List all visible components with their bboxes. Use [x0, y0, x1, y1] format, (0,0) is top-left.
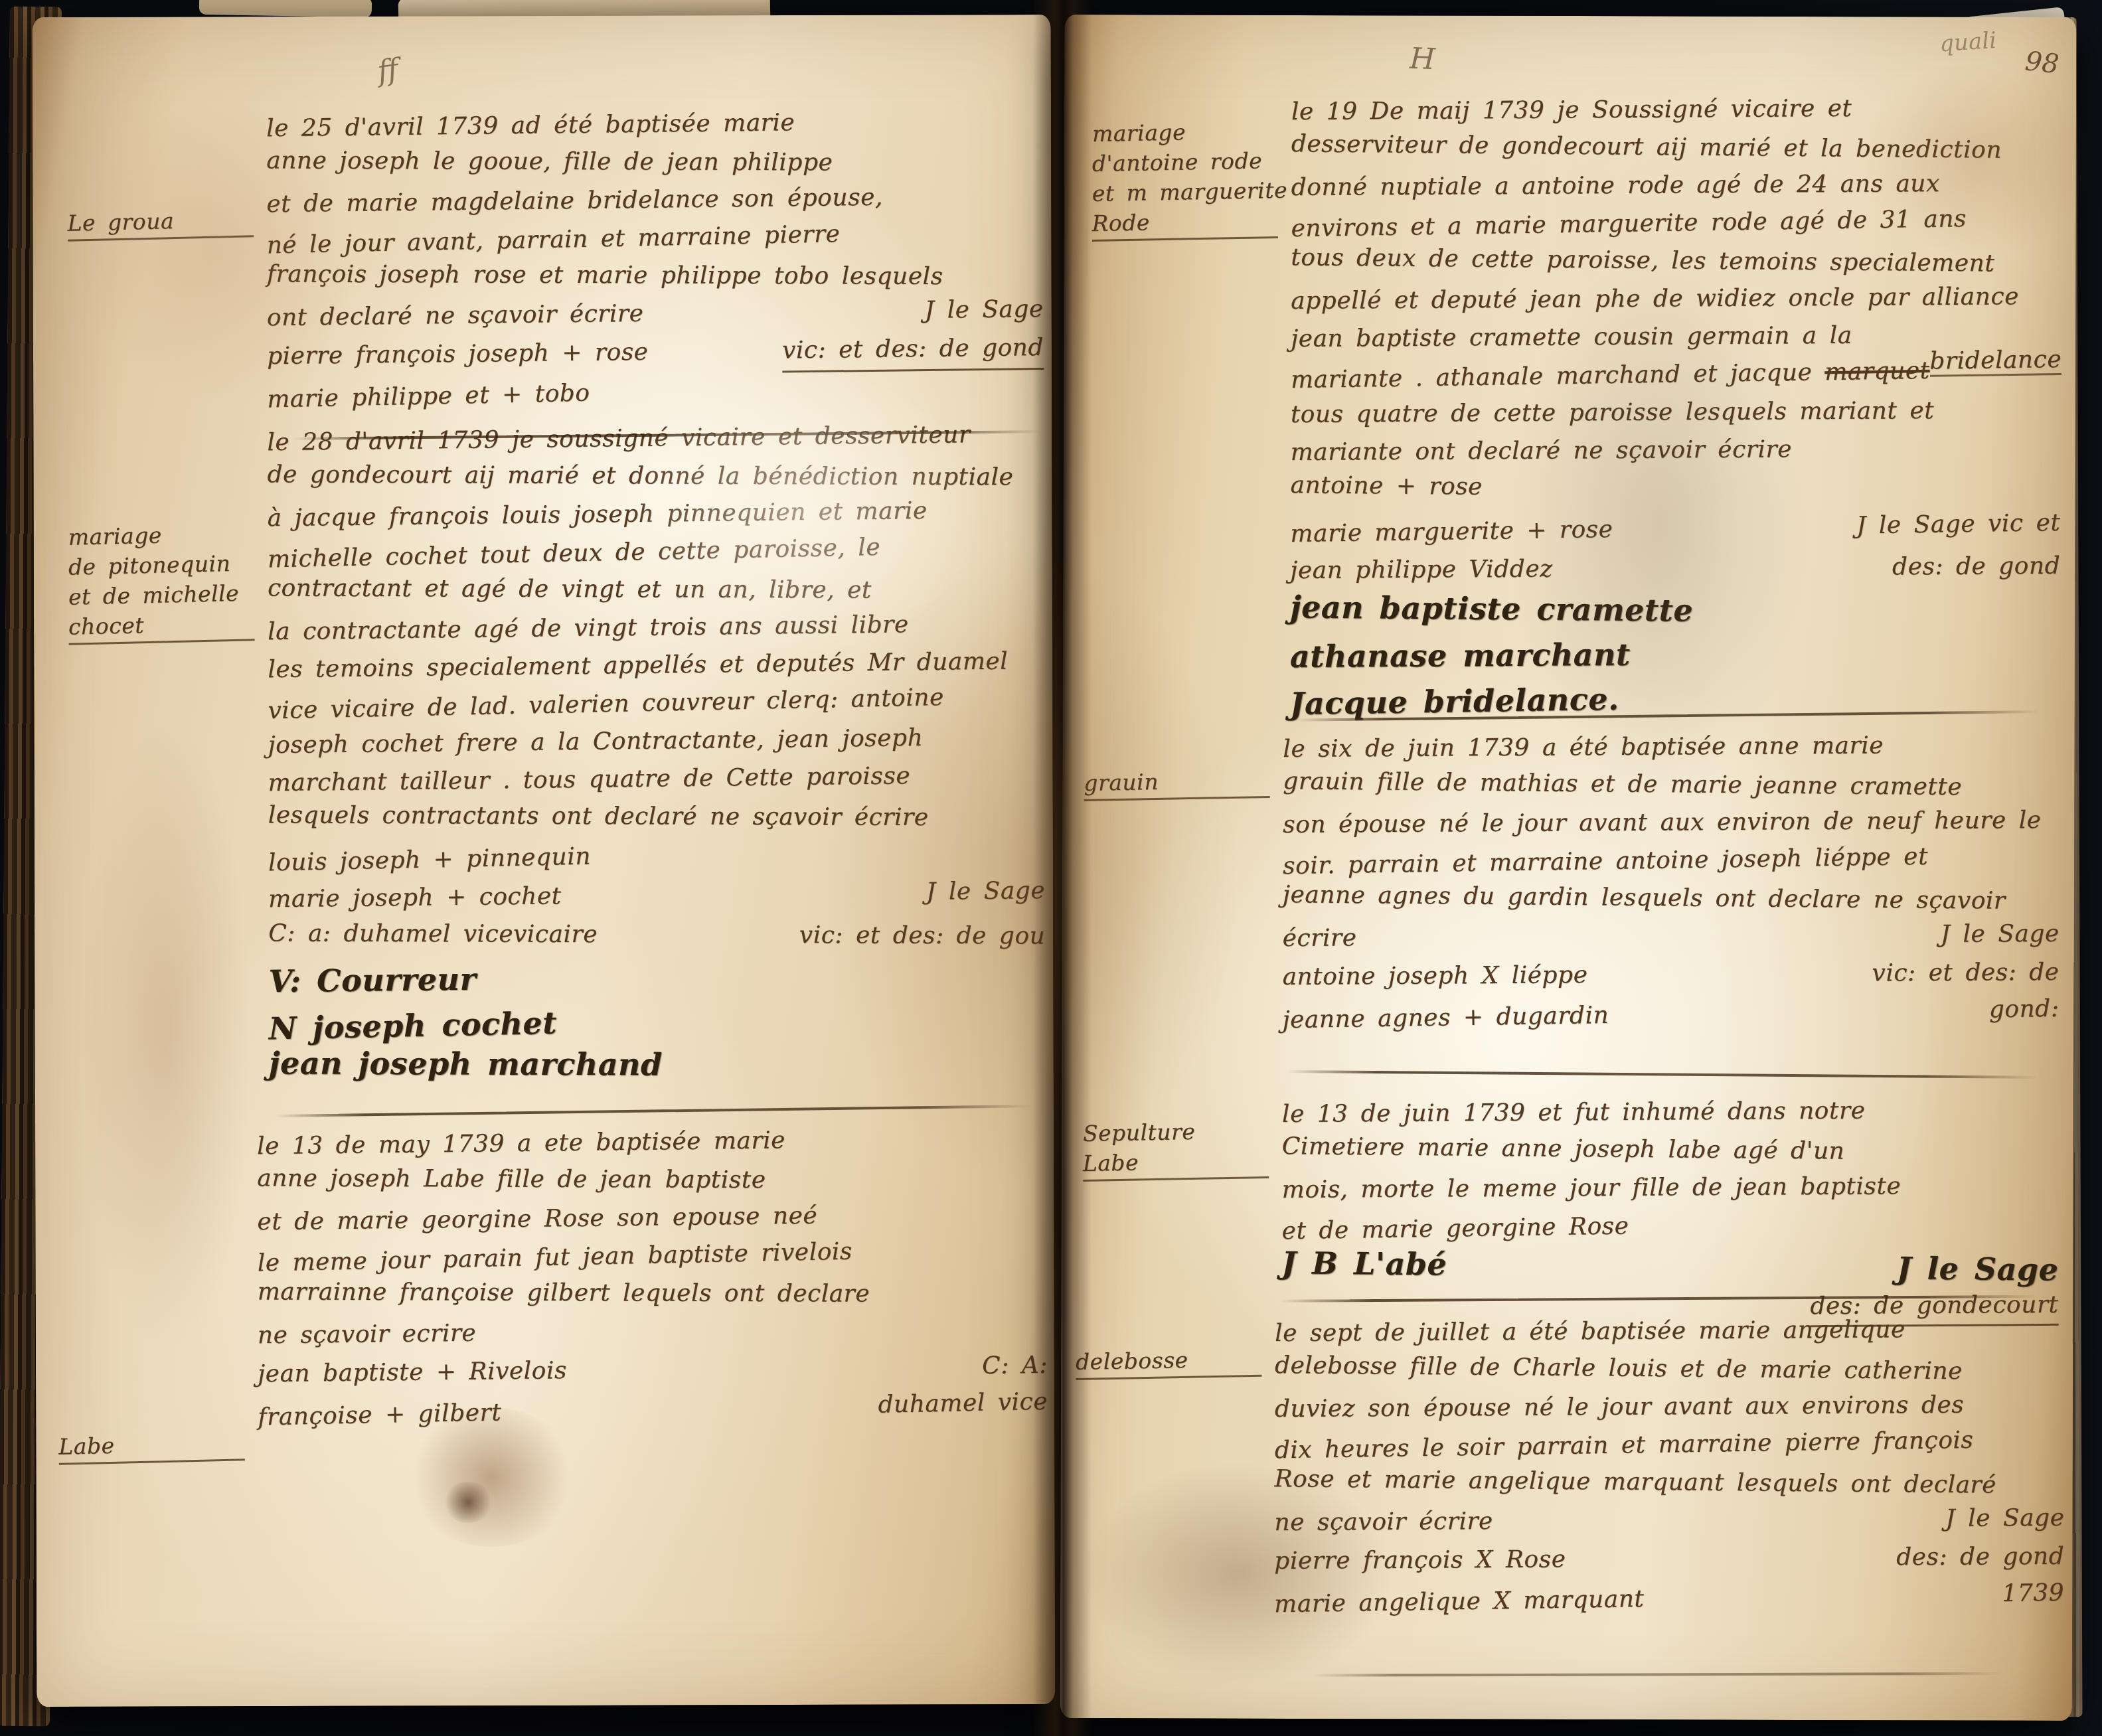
- manuscript-text: marie philippe et + tobo: [267, 380, 590, 414]
- manuscript-text: jean baptiste cramette cousin germain a …: [1291, 322, 1852, 353]
- manuscript-text: son épouse né le jour avant aux environ …: [1283, 807, 2042, 838]
- manuscript-text: anne joseph le gooue, fille de jean phil…: [266, 147, 833, 176]
- manuscript-line: de gondecourt aij marié et donné la béné…: [267, 455, 1050, 496]
- right-page-entries: mariaged'antoine rodeet m margueriteRode…: [1060, 15, 2077, 1721]
- register-entry: mariagede pitonequinet de michellechocet…: [267, 418, 1052, 1087]
- officiant-signature-text: vic: et des: de: [1872, 953, 2059, 994]
- officiant-signature-text: des: de gond: [1892, 546, 2061, 588]
- interlinear-correction: bridelance: [1929, 346, 2062, 377]
- manuscript-text: Rose et marie angelique marquant lesquel…: [1274, 1465, 1996, 1498]
- manuscript-text: Cimetiere marie anne joseph labe agé d'u…: [1282, 1133, 1845, 1164]
- manuscript-line: marie angelique X marquant1739: [1274, 1573, 2071, 1625]
- manuscript-text: ne sçavoir écrire: [1274, 1508, 1493, 1536]
- manuscript-line: marie joseph + cochetJ le Sage: [268, 871, 1052, 919]
- manuscript-text: le 13 de juin 1739 et fut inhumé dans no…: [1282, 1097, 1866, 1128]
- manuscript-line: appellé et deputé jean phe de widiez onc…: [1291, 277, 2067, 320]
- manuscript-text: ont declaré ne sçavoir écrire: [267, 300, 644, 331]
- manuscript-line: jean philippe Viddezdes: de gond: [1290, 546, 2067, 591]
- manuscript-line: le six de juin 1739 a été baptisée anne …: [1283, 726, 2066, 768]
- register-entry: Labele 13 de may 1739 a ete baptisée mar…: [257, 1122, 1054, 1431]
- manuscript-text: et de marie magdelaine bridelance son ép…: [266, 184, 883, 218]
- manuscript-line: tous deux de cette paroisse, les temoins…: [1291, 238, 2067, 283]
- manuscript-text: environs et a marie marguerite rode agé …: [1291, 205, 1967, 242]
- manuscript-text: appellé et deputé jean phe de widiez onc…: [1291, 283, 2019, 315]
- manuscript-text: grauin fille de mathias et de marie jean…: [1283, 767, 1962, 801]
- manuscript-text: marie angelique X marquant: [1274, 1585, 1645, 1618]
- manuscript-text: antoine + rose: [1290, 471, 1483, 501]
- manuscript-line: Cimetiere marie anne joseph labe agé d'u…: [1282, 1127, 2065, 1172]
- margin-note-line: delebosse: [1076, 1344, 1262, 1380]
- manuscript-line: françois joseph rose et marie philippe t…: [267, 255, 1050, 295]
- margin-note-line: Le groua: [67, 204, 254, 242]
- manuscript-text: marchant tailleur . tous quatre de Cette…: [268, 762, 910, 797]
- manuscript-text: la contractante agé de vingt trois ans a…: [268, 611, 909, 645]
- manuscript-text: dix heures le soir parrain et marraine p…: [1274, 1427, 1973, 1464]
- manuscript-text: mois, morte le meme jour fille de jean b…: [1282, 1172, 1901, 1204]
- manuscript-line: anne joseph Labe fille de jean baptiste: [257, 1159, 1054, 1200]
- manuscript-text: pierre françois joseph + rose: [267, 339, 649, 370]
- signature-line: J B L'abéJ le Sage: [1281, 1241, 2065, 1291]
- margin-note-line: Labe: [1082, 1145, 1269, 1182]
- manuscript-line: le 13 de may 1739 a ete baptisée marie: [257, 1119, 1054, 1166]
- officiant-signature-text: vic: et des: de gou: [799, 915, 1046, 956]
- register-entry: SepultureLabele 13 de juin 1739 et fut i…: [1281, 1092, 2065, 1289]
- manuscript-text: jean joseph marchand: [269, 1045, 663, 1082]
- margin-note-line: Labe: [58, 1427, 245, 1465]
- manuscript-text: marie marguerite + rose: [1290, 516, 1613, 548]
- manuscript-line: anne joseph le gooue, fille de jean phil…: [266, 141, 1050, 182]
- manuscript-line: mariante ont declaré ne sçavoir écrire: [1290, 429, 2067, 471]
- manuscript-line: Rose et marie angelique marquant lesquel…: [1274, 1460, 2071, 1504]
- manuscript-text: jean baptiste + Rivelois: [258, 1357, 567, 1387]
- manuscript-line: C: a: duhamel vicevicairevic: et des: de…: [268, 913, 1052, 956]
- manuscript-text: françois joseph rose et marie philippe t…: [267, 260, 943, 290]
- register-entry: delebossele sept de juillet a été baptis…: [1274, 1311, 2071, 1620]
- manuscript-text: jean baptiste cramette: [1290, 589, 1694, 628]
- manuscript-text: michelle cochet tout deux de cette paroi…: [267, 534, 880, 574]
- officiant-signature-text: gond:: [1988, 989, 2059, 1030]
- officiant-signature-text: duhamel vice: [878, 1382, 1048, 1425]
- manuscript-text: tous deux de cette paroisse, les temoins…: [1291, 244, 1994, 277]
- officiant-signature-text: J le Sage: [1940, 915, 2059, 953]
- margin-note: mariagede pitonequinet de michellechocet: [68, 520, 254, 643]
- manuscript-text: de gondecourt aij marié et donné la béné…: [267, 461, 1013, 491]
- torn-page-scrap: [199, 0, 372, 17]
- manuscript-text: antoine joseph X liéppe: [1282, 961, 1587, 990]
- left-page-entries: Le grouale 25 d'avril 1739 ad été baptis…: [33, 15, 1056, 1707]
- manuscript-line: delebosse fille de Charle louis et de ma…: [1275, 1346, 2071, 1391]
- manuscript-text: contractant et agé de vingt et un an, li…: [268, 574, 872, 603]
- manuscript-text: le 13 de may 1739 a ete baptisée marie: [257, 1127, 785, 1160]
- manuscript-text: soir. parrain et marraine antoine joseph…: [1283, 843, 1928, 880]
- right-page: H quali 98 mariaged'antoine rodeet m mar…: [1060, 15, 2077, 1721]
- margin-note-line: d'antoine rode: [1091, 145, 1278, 179]
- officiant-signature-text: des: de gond: [1896, 1537, 2065, 1578]
- manuscript-text: marrainne françoise gilbert lequels ont …: [258, 1278, 870, 1307]
- register-entry: grauinle six de juin 1739 a été baptisée…: [1282, 727, 2066, 1036]
- manuscript-text: françoise + gilbert: [258, 1399, 502, 1431]
- margin-note: Labe: [58, 1429, 244, 1463]
- manuscript-text: le meme jour parain fut jean baptiste ri…: [257, 1238, 852, 1277]
- manuscript-text: et de marie georgine Rose: [1281, 1212, 1629, 1245]
- officiant-signature-text: J le Sage: [924, 290, 1044, 329]
- manuscript-text: mariante . athanale marchand et jacque: [1291, 358, 1825, 394]
- manuscript-line: le 13 de juin 1739 et fut inhumé dans no…: [1282, 1091, 2065, 1133]
- manuscript-text: le 19 De maij 1739 je Soussigné vicaire …: [1291, 95, 1852, 125]
- manuscript-line: le sept de juillet a été baptisée marie …: [1275, 1310, 2071, 1352]
- manuscript-line: le 25 d'avril 1739 ad été baptisée marie: [266, 101, 1050, 147]
- manuscript-text: écrire: [1283, 924, 1357, 952]
- officiant-signature-text: J le Sage: [1897, 1246, 2059, 1291]
- signature-line: jean joseph marchand: [269, 1041, 1052, 1087]
- manuscript-text: jeanne agnes + dugardin: [1282, 1002, 1609, 1034]
- margin-note-line: mariage: [68, 518, 254, 552]
- margin-note-line: Sepulture: [1083, 1115, 1269, 1148]
- manuscript-text: V: Courreur: [268, 961, 476, 1000]
- manuscript-line: desserviteur de gondecourt aij marié et …: [1291, 125, 2068, 169]
- manuscript-text: le 25 d'avril 1739 ad été baptisée marie: [266, 109, 795, 142]
- signature-line: jean baptiste cramette: [1290, 585, 2067, 635]
- manuscript-text: marie joseph + cochet: [268, 882, 562, 913]
- manuscript-text: N joseph cochet: [268, 1005, 557, 1047]
- margin-note-line: mariage: [1092, 116, 1279, 149]
- manuscript-text: vice vicaire de lad. valerien couvreur c…: [268, 684, 944, 724]
- officiant-signature-text: J le Sage: [926, 871, 1046, 912]
- manuscript-text: pierre françois X Rose: [1274, 1545, 1566, 1575]
- margin-note: mariaged'antoine rodeet m margueriteRode: [1091, 117, 1277, 240]
- officiant-signature-text: 1739: [2002, 1573, 2065, 1614]
- manuscript-line: tous quatre de cette paroisse lesquels m…: [1291, 391, 2067, 434]
- manuscript-text: les temoins specialement appellés et dep…: [268, 648, 1008, 684]
- manuscript-text: C: a: duhamel vicevicaire: [268, 919, 598, 948]
- manuscript-line: marrainne françoise gilbert lequels ont …: [258, 1273, 1054, 1313]
- manuscript-line: jeanne agnes + dugardingond:: [1282, 989, 2066, 1040]
- margin-note: SepultureLabe: [1083, 1117, 1269, 1180]
- manuscript-text: tous quatre de cette paroisse lesquels m…: [1291, 397, 1935, 428]
- margin-note: grauin: [1084, 766, 1269, 800]
- manuscript-text: le six de juin 1739 a été baptisée anne …: [1283, 732, 1884, 763]
- manuscript-text: le sept de juillet a été baptisée marie …: [1275, 1316, 1905, 1347]
- photo-stage: ff Le grouale 25 d'avril 1739 ad été bap…: [0, 0, 2102, 1736]
- book-gutter-shadow: [1033, 0, 1091, 1736]
- manuscript-text: lesquels contractants ont declaré ne sça…: [268, 801, 929, 830]
- manuscript-text: anne joseph Labe fille de jean baptiste: [257, 1164, 766, 1194]
- manuscript-line: le 19 De maij 1739 je Soussigné vicaire …: [1291, 88, 2068, 131]
- margin-note: delebosse: [1076, 1345, 1261, 1379]
- manuscript-text: athanase marchant: [1290, 637, 1631, 674]
- manuscript-text: J B L'abé: [1281, 1245, 1447, 1282]
- manuscript-line: ne sçavoir écrireJ le Sage: [1274, 1499, 2071, 1541]
- officiant-signature-text: J le Sage: [1945, 1499, 2064, 1538]
- manuscript-line: contractant et agé de vingt et un an, li…: [268, 569, 1051, 609]
- officiant-signature-text: J le Sage vic et: [1856, 503, 2061, 546]
- margin-note-line: de pitonequin: [68, 548, 254, 582]
- manuscript-line: écrireJ le Sage: [1283, 915, 2066, 957]
- left-page: ff Le grouale 25 d'avril 1739 ad été bap…: [33, 15, 1056, 1707]
- margin-note: Le groua: [67, 206, 253, 240]
- manuscript-text: à jacque françois louis joseph pinnequie…: [267, 497, 927, 532]
- manuscript-text: né le jour avant, parrain et marraine pi…: [266, 220, 841, 259]
- manuscript-line: marchant tailleur . tous quatre de Cette…: [268, 755, 1052, 802]
- manuscript-text: donné nuptiale a antoine rode agé de 24 …: [1291, 170, 1940, 201]
- margin-note-line: chocet: [68, 607, 255, 645]
- struck-out-word: marquet: [1824, 357, 1930, 386]
- manuscript-text: louis joseph + pinnequin: [268, 843, 592, 877]
- register-entry: Le grouale 25 d'avril 1739 ad été baptis…: [266, 104, 1050, 413]
- manuscript-text: delebosse fille de Charle louis et de ma…: [1275, 1352, 1963, 1385]
- manuscript-text: et de marie georgine Rose son epouse neé: [257, 1202, 817, 1236]
- manuscript-text: mariante ont declaré ne sçavoir écrire: [1291, 435, 1793, 466]
- manuscript-text: joseph cochet frere a la Contractante, j…: [268, 724, 923, 759]
- register-entry: mariaged'antoine rodeet m margueriteRode…: [1290, 90, 2068, 721]
- manuscript-line: grauin fille de mathias et de marie jean…: [1283, 762, 2066, 807]
- manuscript-text: jean philippe Viddez: [1290, 556, 1553, 584]
- margin-note-line: grauin: [1084, 765, 1270, 801]
- manuscript-text: jeanne agnes du gardin lesquels ont decl…: [1283, 881, 2006, 914]
- manuscript-line: jeanne agnes du gardin lesquels ont decl…: [1283, 876, 2066, 920]
- manuscript-text: ne sçavoir ecrire: [258, 1320, 477, 1350]
- margin-note-line: et de michelle: [68, 578, 254, 612]
- manuscript-text: desserviteur de gondecourt aij marié et …: [1291, 130, 2002, 163]
- margin-note-line: Rode: [1091, 205, 1278, 242]
- signature-line: athanase marchant: [1290, 630, 2067, 678]
- margin-note-line: et m marguerite: [1091, 175, 1278, 208]
- manuscript-text: duviez son épouse né le jour avant aux e…: [1275, 1391, 1965, 1423]
